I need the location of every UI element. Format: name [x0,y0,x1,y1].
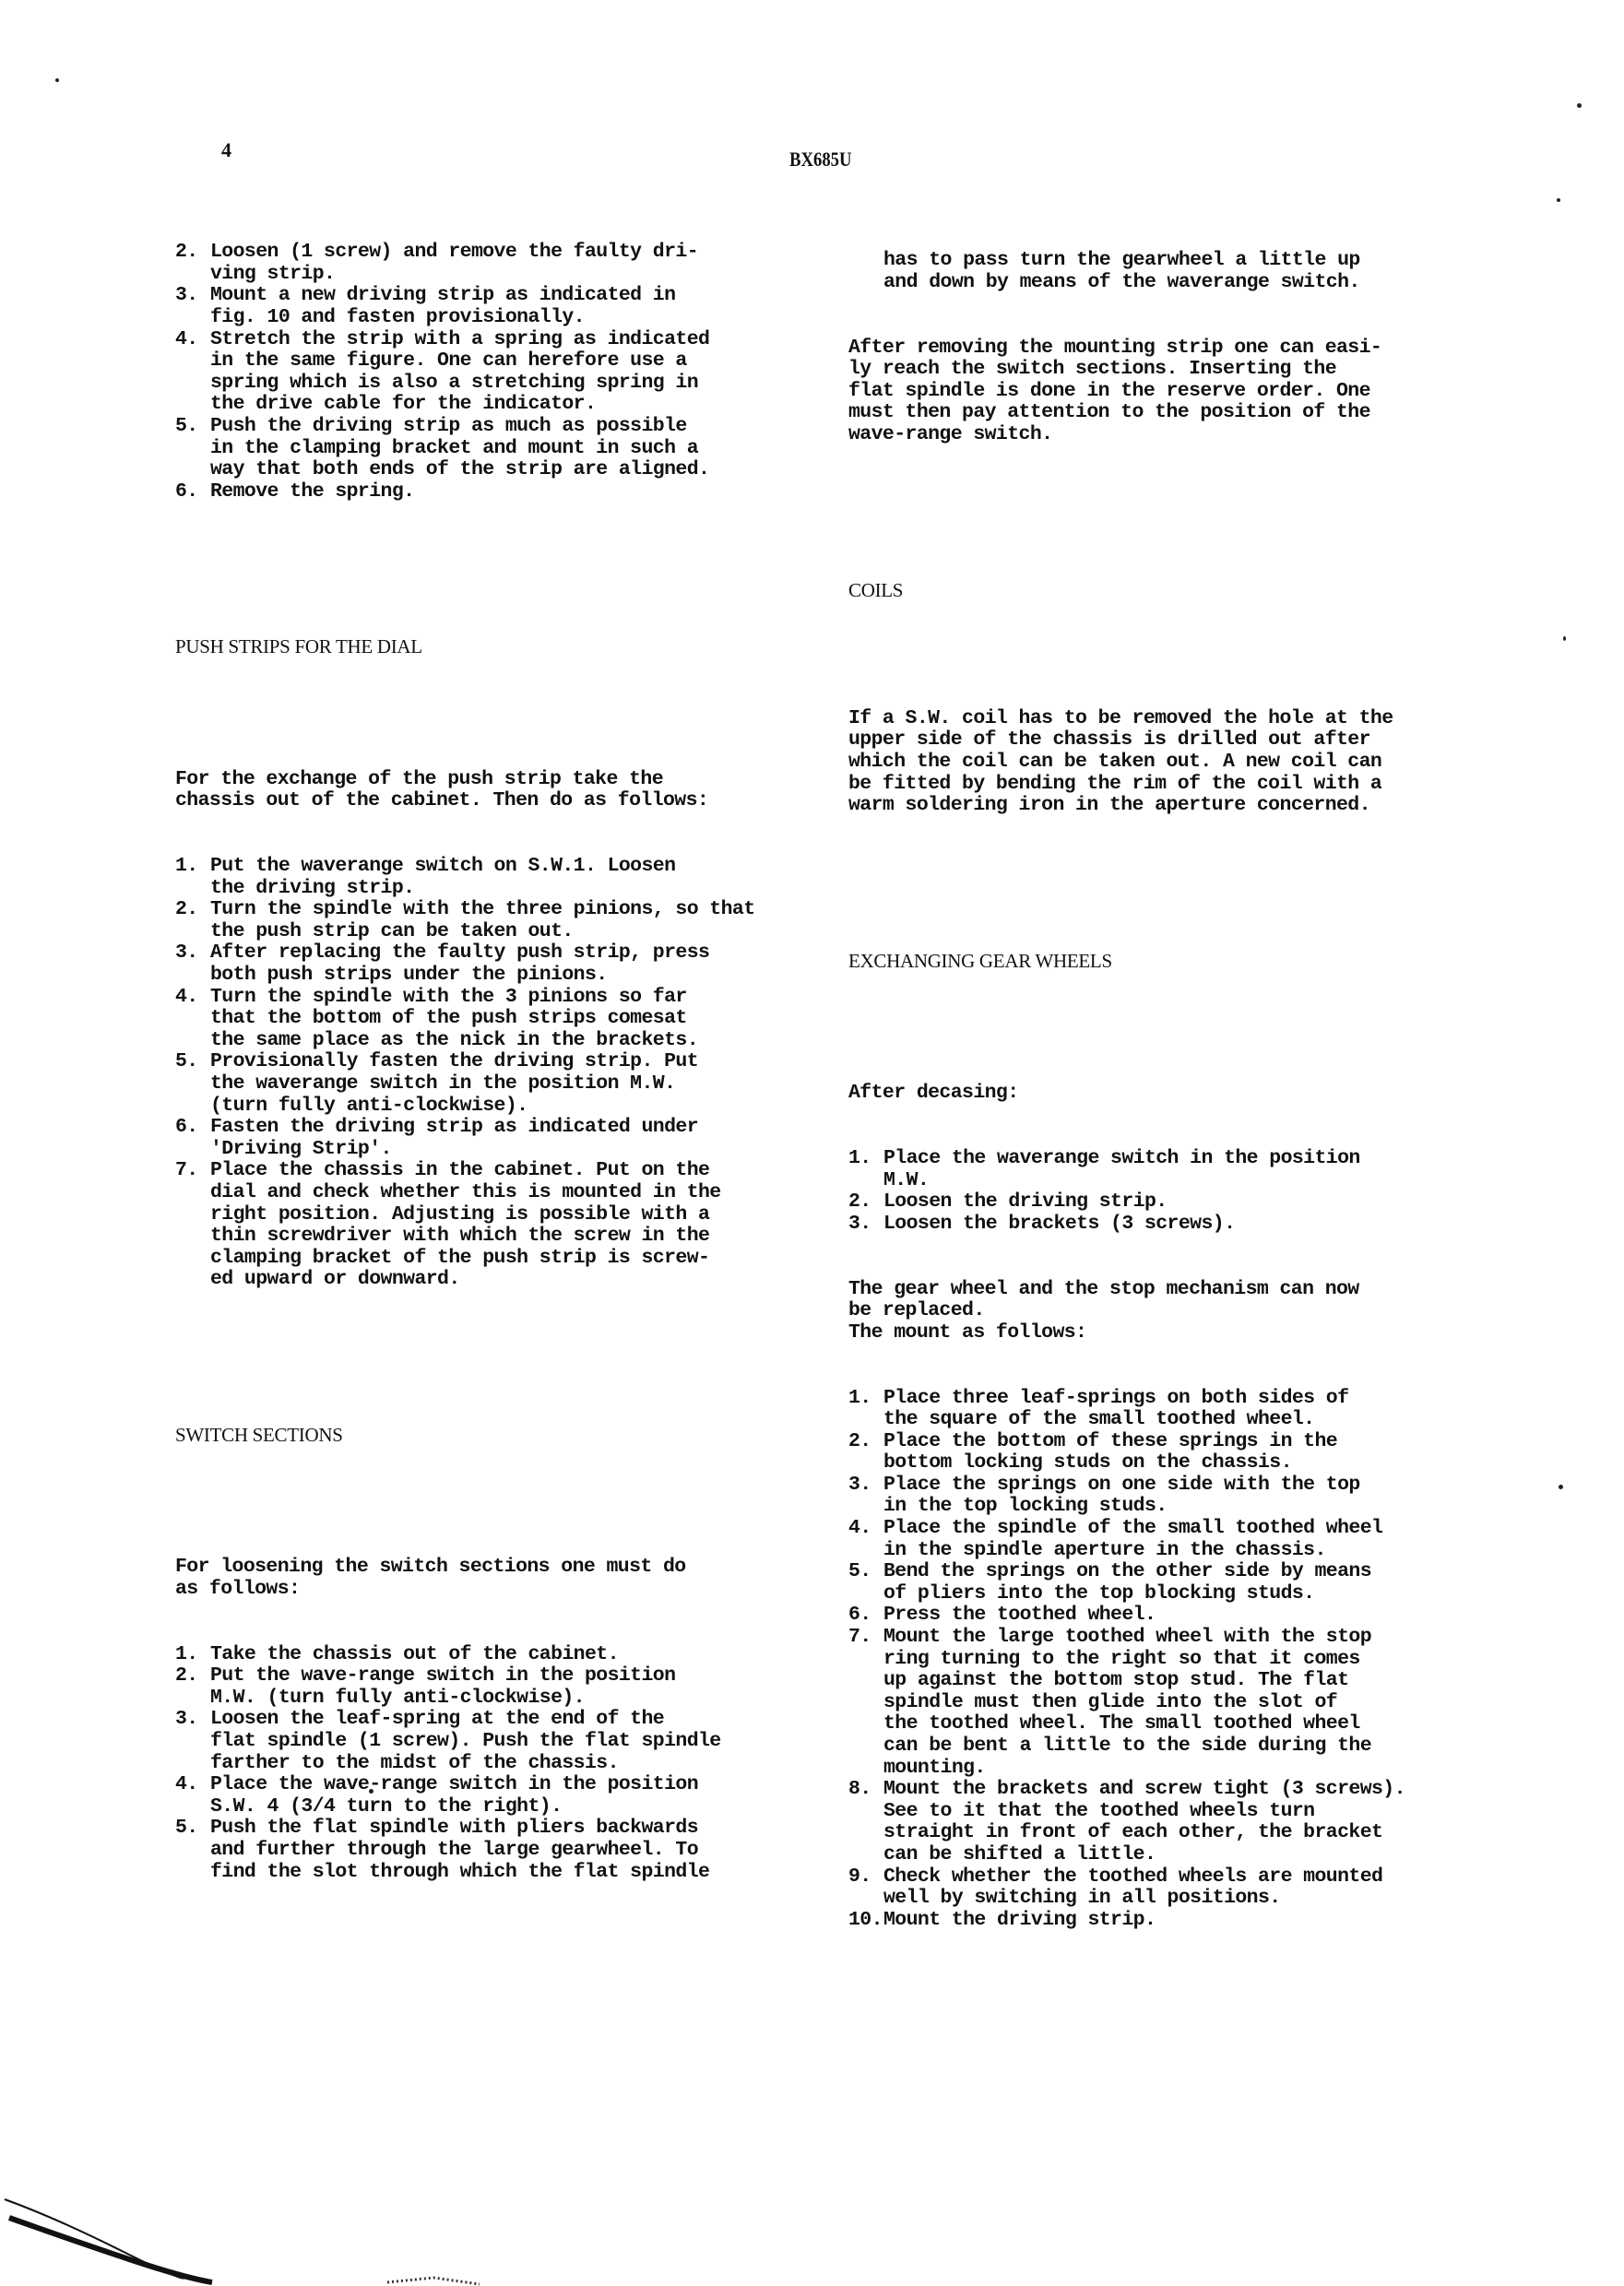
text-line: as follows: [175,1579,821,1601]
text-line: mounting. [883,1758,1476,1780]
text-line: Loosen (1 screw) and remove the faulty d… [210,242,821,264]
text-line: flat spindle (1 screw). Push the flat sp… [210,1731,821,1753]
list-item: 3.Loosen the leaf-spring at the end of t… [175,1709,821,1774]
text-line: clamping bracket of the push strip is sc… [210,1248,821,1270]
list-item: 3.Loosen the brackets (3 screws). [848,1214,1476,1236]
text-line: Put the wave-range switch in the positio… [210,1665,821,1688]
list-item: 7.Place the chassis in the cabinet. Put … [175,1160,821,1291]
text-line: the drive cable for the indicator. [210,394,821,416]
item-number: 8. [848,1779,883,1866]
list-item: 2.Loosen the driving strip. [848,1191,1476,1214]
text-line: and down by means of the waverange switc… [883,272,1476,294]
text-line: Place the waverange switch in the positi… [883,1148,1476,1170]
item-text: Place the waverange switch in the positi… [883,1148,1476,1191]
text-line: the driving strip. [210,878,821,900]
text-line: Turn the spindle with the 3 pinions so f… [210,987,821,1009]
text-line: must then pay attention to the position … [848,402,1476,424]
text-line: S.W. 4 (3/4 turn to the right). [210,1796,821,1818]
text-line: the square of the small toothed wheel. [883,1409,1476,1431]
item-text: Place the wave-range switch in the posit… [210,1774,821,1818]
item-number: 2. [175,242,210,285]
text-line: in the top locking studs. [883,1496,1476,1518]
text-line: The mount as follows: [848,1322,1476,1344]
text-line: farther to the midst of the chassis. [210,1753,821,1775]
push-strips-steps: 1.Put the waverange switch on S.W.1. Loo… [175,856,821,1291]
item-text: Place the chassis in the cabinet. Put on… [210,1160,821,1291]
text-line: fig. 10 and fasten provisionally. [210,307,821,329]
scan-smudge [0,2195,830,2286]
list-item: 4.Turn the spindle with the 3 pinions so… [175,987,821,1052]
text-line: Fasten the driving strip as indicated un… [210,1117,821,1139]
item-text: Push the flat spindle with pliers backwa… [210,1818,821,1883]
text-line: can be shifted a little. [883,1844,1476,1866]
text-line: flat spindle is done in the reserve orde… [848,381,1476,403]
scan-speck [1563,636,1566,641]
item-number: 4. [175,1774,210,1818]
text-line: which the coil can be taken out. A new c… [848,752,1476,774]
text-line: Take the chassis out of the cabinet. [210,1644,821,1666]
item-number: 5. [848,1561,883,1605]
text-line: ring turning to the right so that it com… [883,1649,1476,1671]
text-line: spindle must then glide into the slot of [883,1692,1476,1714]
text-line: Turn the spindle with the three pinions,… [210,899,821,921]
text-line: After removing the mounting strip one ca… [848,338,1476,360]
text-line: ving strip. [210,264,821,286]
text-line: Loosen the driving strip. [883,1191,1476,1214]
list-item: 5.Bend the springs on the other side by … [848,1561,1476,1605]
list-item: 1.Take the chassis out of the cabinet. [175,1644,821,1666]
text-line: has to pass turn the gearwheel a little … [883,250,1476,272]
section-title-coils: COILS [848,579,1476,601]
text-line: can be bent a little to the side during … [883,1735,1476,1758]
item-text: Put the waverange switch on S.W.1. Loose… [210,856,821,899]
text-line: in the spindle aperture in the chassis. [883,1540,1476,1562]
list-item: 5.Push the driving strip as much as poss… [175,416,821,481]
item-number: 7. [848,1627,883,1779]
item-number: 3. [175,1709,210,1774]
item-text: Remove the spring. [210,481,821,503]
item-number: 3. [175,942,210,986]
list-item: 4.Place the spindle of the small toothed… [848,1518,1476,1561]
list-item: 1.Put the waverange switch on S.W.1. Loo… [175,856,821,899]
text-line: Place the wave-range switch in the posit… [210,1774,821,1796]
text-line: upper side of the chassis is drilled out… [848,729,1476,752]
item-number: 2. [175,899,210,942]
left-column: 2.Loosen (1 screw) and remove the faulty… [175,198,821,1926]
coils-paragraph: If a S.W. coil has to be removed the hol… [848,708,1476,817]
text-line: well by switching in all positions. [883,1888,1476,1910]
text-line: Place the springs on one side with the t… [883,1475,1476,1497]
item-number: 1. [175,1644,210,1666]
scan-speck [55,78,59,82]
switch-sections-paragraph: After removing the mounting strip one ca… [848,338,1476,446]
list-item: 7.Mount the large toothed wheel with the… [848,1627,1476,1779]
text-line: straight in front of each other, the bra… [883,1822,1476,1844]
item-number: 5. [175,1818,210,1883]
text-line: bottom locking studs on the chassis. [883,1452,1476,1475]
item-text: Turn the spindle with the three pinions,… [210,899,821,942]
text-line: find the slot through which the flat spi… [210,1862,821,1884]
item-number: 1. [848,1388,883,1431]
item-text: Push the driving strip as much as possib… [210,416,821,481]
list-item: 6.Remove the spring. [175,481,821,503]
text-line: the push strip can be taken out. [210,921,821,943]
section-title-switch-sections: SWITCH SECTIONS [175,1424,821,1446]
item-number: 4. [175,329,210,416]
text-line: be fitted by bending the rim of the coil… [848,774,1476,796]
switch-sections-steps: 1.Take the chassis out of the cabinet.2.… [175,1644,821,1884]
item-text: Put the wave-range switch in the positio… [210,1665,821,1709]
text-line: the toothed wheel. The small toothed whe… [883,1713,1476,1735]
item-number: 2. [848,1191,883,1214]
item-text: Loosen the driving strip. [883,1191,1476,1214]
switch-sections-intro: For loosening the switch sections one mu… [175,1557,821,1600]
text-line: Place three leaf-springs on both sides o… [883,1388,1476,1410]
text-line: the waverange switch in the position M.W… [210,1073,821,1096]
list-item: 2.Turn the spindle with the three pinion… [175,899,821,942]
item-number: 1. [848,1148,883,1191]
text-line: thin screwdriver with which the screw in… [210,1226,821,1248]
list-item: 2.Put the wave-range switch in the posit… [175,1665,821,1709]
item-number: 10. [848,1910,883,1932]
text-line: Check whether the toothed wheels are mou… [883,1866,1476,1889]
text-line: up against the bottom stop stud. The fla… [883,1670,1476,1692]
text-line: For the exchange of the push strip take … [175,769,821,791]
list-item: 4.Stretch the strip with a spring as ind… [175,329,821,416]
text-line: be replaced. [848,1300,1476,1322]
text-line: M.W. [883,1170,1476,1192]
text-line: After replacing the faulty push strip, p… [210,942,821,965]
item-text: Take the chassis out of the cabinet. [210,1644,821,1666]
right-column: has to pass turn the gearwheel a little … [848,207,1476,1975]
scan-speck [1577,103,1582,108]
list-item: 5.Push the flat spindle with pliers back… [175,1818,821,1883]
list-item: 1.Place three leaf-springs on both sides… [848,1388,1476,1431]
text-line: Place the bottom of these springs in the [883,1431,1476,1453]
text-line: Push the driving strip as much as possib… [210,416,821,438]
text-line: of pliers into the top blocking studs. [883,1583,1476,1605]
list-item: 3.Mount a new driving strip as indicated… [175,285,821,328]
item-number: 2. [848,1431,883,1475]
item-number: 6. [175,1117,210,1160]
text-line: Loosen the leaf-spring at the end of the [210,1709,821,1731]
text-line: Bend the springs on the other side by me… [883,1561,1476,1583]
driving-strip-steps: 2.Loosen (1 screw) and remove the faulty… [175,242,821,503]
text-line: The gear wheel and the stop mechanism ca… [848,1279,1476,1301]
item-number: 4. [848,1518,883,1561]
item-number: 3. [848,1214,883,1236]
item-text: Place the bottom of these springs in the… [883,1431,1476,1475]
model-number: BX685U [789,148,852,172]
item-number: 7. [175,1160,210,1291]
item-text: Place the springs on one side with the t… [883,1475,1476,1518]
text-line: Place the spindle of the small toothed w… [883,1518,1476,1540]
text-line: Provisionally fasten the driving strip. … [210,1051,821,1073]
text-line: Mount the large toothed wheel with the s… [883,1627,1476,1649]
section-title-gear-wheels: EXCHANGING GEAR WHEELS [848,950,1476,972]
section-title-push-strips: PUSH STRIPS FOR THE DIAL [175,635,821,657]
item-text: Place three leaf-springs on both sides o… [883,1388,1476,1431]
item-number: 6. [848,1605,883,1627]
list-item: 6.Press the toothed wheel. [848,1605,1476,1627]
text-line: Place the chassis in the cabinet. Put on… [210,1160,821,1182]
text-line: For loosening the switch sections one mu… [175,1557,821,1579]
item-number: 9. [848,1866,883,1910]
text-line: chassis out of the cabinet. Then do as f… [175,790,821,812]
text-line: ed upward or downward. [210,1269,821,1291]
list-item: 2.Place the bottom of these springs in t… [848,1431,1476,1475]
text-line: Loosen the brackets (3 screws). [883,1214,1476,1236]
text-line: Remove the spring. [210,481,821,503]
item-text: Fasten the driving strip as indicated un… [210,1117,821,1160]
text-line: 'Driving Strip'. [210,1139,821,1161]
scan-speck [1557,198,1560,202]
item-text: Loosen (1 screw) and remove the faulty d… [210,242,821,285]
item-number: 4. [175,987,210,1052]
item-text: Turn the spindle with the 3 pinions so f… [210,987,821,1052]
list-item: 1.Place the waverange switch in the posi… [848,1148,1476,1191]
item-text: Loosen the leaf-spring at the end of the… [210,1709,821,1774]
text-line: warm soldering iron in the aperture conc… [848,795,1476,817]
item-text: Bend the springs on the other side by me… [883,1561,1476,1605]
text-line: and further through the large gearwheel.… [210,1840,821,1862]
page-number: 4 [221,138,231,162]
text-line: in the clamping bracket and mount in suc… [210,438,821,460]
list-item: 9.Check whether the toothed wheels are m… [848,1866,1476,1910]
text-line: (turn fully anti-clockwise). [210,1096,821,1118]
item-number: 3. [848,1475,883,1518]
list-item: 10.Mount the driving strip. [848,1910,1476,1932]
item-text: Mount the large toothed wheel with the s… [883,1627,1476,1779]
item-number: 6. [175,481,210,503]
text-line: right position. Adjusting is possible wi… [210,1204,821,1226]
list-item: 8.Mount the brackets and screw tight (3 … [848,1779,1476,1866]
item-text: Provisionally fasten the driving strip. … [210,1051,821,1117]
gear-wheels-middle: The gear wheel and the stop mechanism ca… [848,1279,1476,1344]
item-text: Check whether the toothed wheels are mou… [883,1866,1476,1910]
item-number: 5. [175,1051,210,1117]
list-item: 6.Fasten the driving strip as indicated … [175,1117,821,1160]
text-line: spring which is also a stretching spring… [210,373,821,395]
switch-sections-continued: has to pass turn the gearwheel a little … [848,250,1476,293]
item-text: Mount a new driving strip as indicated i… [210,285,821,328]
scan-speck [1559,1485,1563,1489]
item-text: After replacing the faulty push strip, p… [210,942,821,986]
text-line: Stretch the strip with a spring as indic… [210,329,821,351]
text-line: Mount a new driving strip as indicated i… [210,285,821,307]
list-item: 5.Provisionally fasten the driving strip… [175,1051,821,1117]
text-line: dial and check whether this is mounted i… [210,1182,821,1204]
item-text: Mount the driving strip. [883,1910,1476,1932]
item-number: 5. [175,416,210,481]
text-line: Mount the driving strip. [883,1910,1476,1932]
item-text: Press the toothed wheel. [883,1605,1476,1627]
text-line: After decasing: [848,1083,1476,1105]
text-line: M.W. (turn fully anti-clockwise). [210,1688,821,1710]
text-line: Put the waverange switch on S.W.1. Loose… [210,856,821,878]
item-number: 3. [175,285,210,328]
list-item: 3.After replacing the faulty push strip,… [175,942,821,986]
text-line: See to it that the toothed wheels turn [883,1801,1476,1823]
text-line: Push the flat spindle with pliers backwa… [210,1818,821,1840]
item-number: 2. [175,1665,210,1709]
text-line: ly reach the switch sections. Inserting … [848,359,1476,381]
text-line: If a S.W. coil has to be removed the hol… [848,708,1476,730]
text-line: that the bottom of the push strips comes… [210,1008,821,1030]
scan-speck [369,1789,373,1794]
text-line: the same place as the nick in the bracke… [210,1030,821,1052]
text-line: in the same figure. One can herefore use… [210,350,821,373]
item-text: Place the spindle of the small toothed w… [883,1518,1476,1561]
document-page: 4 BX685U 2.Loosen (1 screw) and remove t… [0,0,1624,2286]
gear-wheels-steps-a: 1.Place the waverange switch in the posi… [848,1148,1476,1235]
list-item: 3.Place the springs on one side with the… [848,1475,1476,1518]
text-line: both push strips under the pinions. [210,965,821,987]
item-text: Mount the brackets and screw tight (3 sc… [883,1779,1476,1866]
list-item: 4.Place the wave-range switch in the pos… [175,1774,821,1818]
text-line: way that both ends of the strip are alig… [210,459,821,481]
item-text: Loosen the brackets (3 screws). [883,1214,1476,1236]
item-text: Stretch the strip with a spring as indic… [210,329,821,416]
text-line: Mount the brackets and screw tight (3 sc… [883,1779,1476,1801]
gear-wheels-intro: After decasing: [848,1083,1476,1105]
list-item: 2.Loosen (1 screw) and remove the faulty… [175,242,821,285]
text-line: Press the toothed wheel. [883,1605,1476,1627]
text-line: wave-range switch. [848,424,1476,446]
item-number: 1. [175,856,210,899]
push-strips-intro: For the exchange of the push strip take … [175,769,821,812]
gear-wheels-steps-b: 1.Place three leaf-springs on both sides… [848,1388,1476,1932]
